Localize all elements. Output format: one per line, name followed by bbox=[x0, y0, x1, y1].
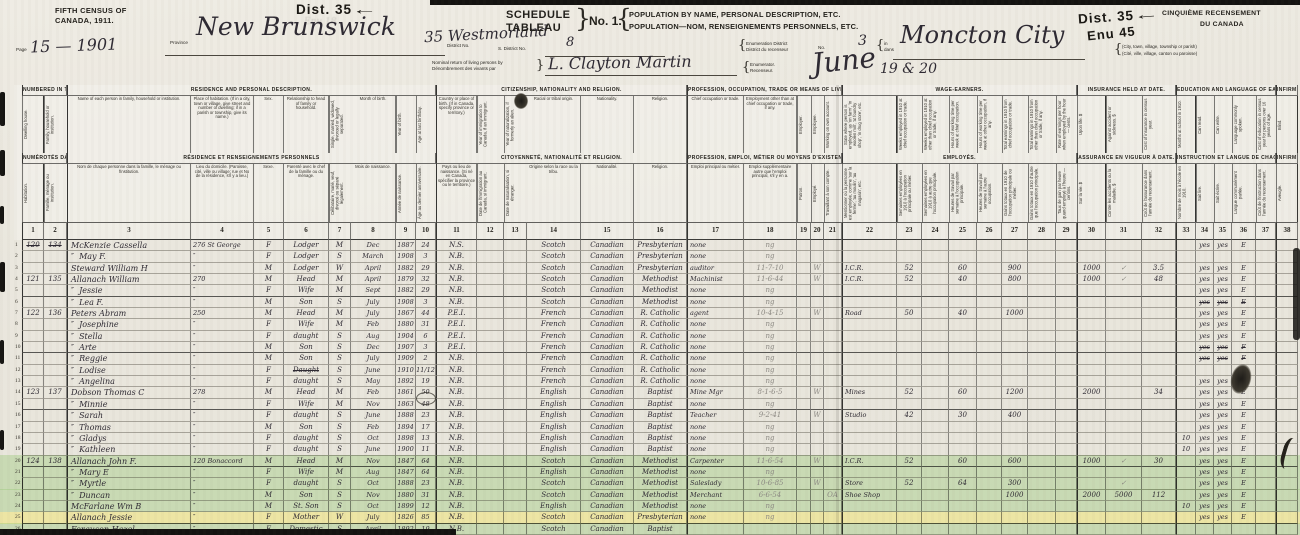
cell-rd: yes bbox=[1196, 240, 1214, 251]
cell-age: 12 bbox=[416, 501, 436, 512]
value-st: W bbox=[336, 513, 343, 521]
value-age: 12 bbox=[421, 502, 429, 510]
value-rd: yes bbox=[1199, 479, 1210, 487]
cell-i1 bbox=[1077, 308, 1106, 319]
value-h1: 60 bbox=[958, 457, 967, 465]
column-label-en: State where person is employed, as 'on f… bbox=[842, 96, 897, 153]
value-addr: 276 St George bbox=[193, 241, 241, 249]
cell-lang: E bbox=[1232, 456, 1256, 467]
cell-c1 bbox=[22, 444, 44, 455]
cell-sex: F bbox=[254, 433, 284, 444]
cell-rel: Head bbox=[284, 456, 329, 467]
value-addr: ″ bbox=[193, 479, 195, 487]
row-number: 2 bbox=[14, 251, 22, 262]
cell-empe bbox=[811, 365, 824, 376]
value-e1: 600 bbox=[1008, 457, 1021, 465]
cell-h1 bbox=[949, 467, 977, 478]
value-relig: Methodist bbox=[642, 468, 678, 476]
cell-pob: N.B. bbox=[436, 501, 477, 512]
column-label-fr: Âge au dernier anniversaire. bbox=[416, 164, 436, 222]
value-natl: Canadian bbox=[590, 343, 624, 351]
value-rd: yes bbox=[1199, 445, 1210, 453]
cell-h2 bbox=[977, 387, 1002, 398]
cell-mo: Oct bbox=[351, 433, 396, 444]
cell-empr bbox=[797, 251, 811, 262]
cell-c2 bbox=[44, 501, 67, 512]
cell-yr: 1861 bbox=[396, 387, 416, 398]
value-lang: E bbox=[1241, 286, 1246, 294]
cell-own bbox=[824, 319, 842, 330]
cell-sch bbox=[1176, 251, 1196, 262]
cell-name: ″ Lodise bbox=[67, 365, 191, 376]
cell-sch: 10 bbox=[1176, 501, 1196, 512]
cell-addr: ″ bbox=[191, 365, 254, 376]
cell-own bbox=[824, 263, 842, 274]
value-sch: 10 bbox=[1182, 434, 1190, 442]
cell-where bbox=[842, 342, 897, 353]
cell-w2 bbox=[922, 331, 949, 342]
cell-empe bbox=[811, 524, 824, 535]
cell-age: 3 bbox=[416, 342, 436, 353]
cell-i2 bbox=[1106, 410, 1142, 421]
cell-relig: R. Catholic bbox=[634, 376, 687, 387]
cell-sch bbox=[1176, 297, 1196, 308]
cell-empe bbox=[811, 251, 824, 262]
value-age: 3 bbox=[423, 298, 427, 306]
value-age: 3 bbox=[423, 343, 427, 351]
cell-h2 bbox=[977, 274, 1002, 285]
cell-e1 bbox=[1002, 524, 1028, 535]
cell-sex: M bbox=[254, 297, 284, 308]
cell-imm bbox=[477, 467, 504, 478]
column-number: 31 bbox=[1106, 222, 1142, 240]
value-age: 11/12 bbox=[416, 366, 435, 374]
value-occ: none bbox=[690, 513, 706, 521]
value-occ: agent bbox=[690, 309, 709, 317]
value-where: I.C.R. bbox=[845, 275, 863, 283]
column-number: 34 bbox=[1196, 222, 1214, 240]
value-pob: N.B. bbox=[449, 400, 464, 408]
cell-natz bbox=[504, 274, 527, 285]
value-w1: 52 bbox=[905, 275, 914, 283]
value-mo: July bbox=[367, 309, 380, 317]
cell-wr: yes bbox=[1214, 444, 1232, 455]
value-orig: Scotch bbox=[541, 298, 565, 306]
section-title-en: WAGE-EARNERS. bbox=[842, 85, 1077, 96]
cell-rate bbox=[1056, 353, 1077, 364]
cell-e1 bbox=[1002, 501, 1028, 512]
cell-occ2: 10-6-85 bbox=[744, 478, 797, 489]
cell-orig: English bbox=[527, 422, 581, 433]
cell-rel: Wife bbox=[284, 399, 329, 410]
value-rel: daught bbox=[294, 377, 319, 385]
value-relig: Baptist bbox=[647, 434, 672, 442]
cell-pob: N.S. bbox=[436, 240, 477, 251]
cell-i2 bbox=[1106, 308, 1142, 319]
cell-sex: M bbox=[254, 263, 284, 274]
value-sex: M bbox=[265, 354, 272, 362]
value-addr: ″ bbox=[193, 264, 195, 272]
cell-wr: yes bbox=[1214, 285, 1232, 296]
value-lang: E bbox=[1241, 241, 1246, 249]
value-addr: 250 bbox=[193, 309, 205, 317]
cell-empe: W bbox=[811, 387, 824, 398]
cell-e2 bbox=[1028, 240, 1056, 251]
cell-e1 bbox=[1002, 376, 1028, 387]
section-title-fr: RÉSIDENCE ET RENSEIGNEMENTS PERSONNELS bbox=[67, 153, 436, 164]
cell-where bbox=[842, 467, 897, 478]
cell-i2 bbox=[1106, 285, 1142, 296]
cell-occ: Machinist bbox=[687, 274, 744, 285]
cell-cost bbox=[1256, 524, 1276, 535]
value-addr: ″ bbox=[193, 502, 195, 510]
cell-sex: M bbox=[254, 353, 284, 364]
value-addr: ″ bbox=[193, 513, 195, 521]
cell-sch bbox=[1176, 240, 1196, 251]
value-st: W bbox=[336, 264, 343, 272]
cell-h2 bbox=[977, 308, 1002, 319]
value-orig: English bbox=[540, 434, 567, 442]
cell-mo: May bbox=[351, 376, 396, 387]
cell-natl: Canadian bbox=[581, 297, 634, 308]
cell-rd: yes bbox=[1196, 274, 1214, 285]
cell-occ: none bbox=[687, 331, 744, 342]
cell-name: McKenzie Cassella bbox=[67, 240, 191, 251]
column-label-en: Racial or tribal origin. bbox=[527, 96, 581, 153]
column-number: 18 bbox=[744, 222, 797, 240]
cell-w2 bbox=[922, 501, 949, 512]
cell-h1 bbox=[949, 319, 977, 330]
cell-w1 bbox=[897, 251, 922, 262]
cell-e1: 400 bbox=[1002, 410, 1028, 421]
section-title-fr: INSTRUCTION ET LANGUE DE CHAQUE PERSONNE… bbox=[1176, 153, 1276, 164]
cell-own bbox=[824, 444, 842, 455]
cell-h2 bbox=[977, 490, 1002, 501]
value-name: Allanach John F. bbox=[71, 457, 136, 466]
cell-inf bbox=[1276, 365, 1298, 376]
cell-i3 bbox=[1142, 240, 1176, 251]
cell-name: ″ Jessie bbox=[67, 285, 191, 296]
cell-empr bbox=[797, 353, 811, 364]
cell-c2 bbox=[44, 251, 67, 262]
value-occ2: ng bbox=[766, 377, 775, 385]
cell-e1 bbox=[1002, 319, 1028, 330]
cell-i2 bbox=[1106, 501, 1142, 512]
value-age: 23 bbox=[421, 479, 429, 487]
cell-sex: M bbox=[254, 387, 284, 398]
cell-natl: Canadian bbox=[581, 478, 634, 489]
cell-e1 bbox=[1002, 353, 1028, 364]
cell-rd: yes bbox=[1196, 422, 1214, 433]
cell-occ: none bbox=[687, 399, 744, 410]
value-rel: Head bbox=[297, 275, 316, 283]
cell-orig: Scotch bbox=[527, 524, 581, 535]
cell-c2 bbox=[44, 331, 67, 342]
row-number: 1 bbox=[14, 240, 22, 251]
cell-occ2: 6-6-54 bbox=[744, 490, 797, 501]
cell-cost bbox=[1256, 444, 1276, 455]
value-pob: N.B. bbox=[449, 434, 464, 442]
cell-empe bbox=[811, 285, 824, 296]
value-mo: Aug bbox=[366, 468, 379, 476]
column-label-en: Employer. bbox=[797, 96, 811, 153]
column-number: 38 bbox=[1276, 222, 1298, 240]
value-relig: Baptist bbox=[647, 400, 672, 408]
cell-imm bbox=[477, 376, 504, 387]
value-natl: Canadian bbox=[590, 423, 624, 431]
cell-where bbox=[842, 433, 897, 444]
cell-mo: April bbox=[351, 263, 396, 274]
cell-sex: M bbox=[254, 501, 284, 512]
cell-where bbox=[842, 365, 897, 376]
value-e1: 1000 bbox=[1006, 491, 1024, 499]
cell-pob: N.B. bbox=[436, 456, 477, 467]
value-wr: yes bbox=[1217, 241, 1228, 249]
value-rd: yes bbox=[1199, 332, 1210, 340]
column-number: 19 bbox=[797, 222, 811, 240]
value-yr: 1880 bbox=[397, 491, 414, 499]
value-empe: W bbox=[813, 275, 820, 283]
cell-w2 bbox=[922, 297, 949, 308]
cell-i2: ✓ bbox=[1106, 263, 1142, 274]
cell-h1 bbox=[949, 365, 977, 376]
value-wr: yes bbox=[1217, 479, 1228, 487]
cell-empr bbox=[797, 433, 811, 444]
cell-st: S bbox=[329, 501, 351, 512]
value-rd: yes bbox=[1199, 377, 1210, 385]
column-number: 1 bbox=[22, 222, 44, 240]
value-orig: Scotch bbox=[541, 457, 565, 465]
cell-c1: 120 bbox=[22, 240, 44, 251]
cell-relig: Methodist bbox=[634, 467, 687, 478]
value-lang: E bbox=[1241, 502, 1246, 510]
date-value: June bbox=[810, 41, 877, 80]
column-label-fr: Nom de chaque personne dans la famille, … bbox=[67, 164, 191, 222]
cell-empe: W bbox=[811, 274, 824, 285]
cell-addr: ″ bbox=[191, 297, 254, 308]
cell-e1: 600 bbox=[1002, 456, 1028, 467]
in-label-fr: dans bbox=[884, 47, 894, 53]
cell-natz bbox=[504, 297, 527, 308]
column-label-fr: Date de l'immigration au Canada, si immi… bbox=[477, 164, 504, 222]
cell-e1 bbox=[1002, 512, 1028, 523]
value-where: Studio bbox=[845, 411, 866, 419]
cell-e2 bbox=[1028, 467, 1056, 478]
cell-empe bbox=[811, 240, 824, 251]
cell-pob: N.B. bbox=[436, 478, 477, 489]
cell-own bbox=[824, 308, 842, 319]
cell-imm bbox=[477, 319, 504, 330]
enum-district-label-en: Enumeration District bbox=[746, 41, 788, 47]
cell-rd: yes bbox=[1196, 467, 1214, 478]
column-number: 35 bbox=[1214, 222, 1232, 240]
cell-imm bbox=[477, 478, 504, 489]
cell-sex: F bbox=[254, 410, 284, 421]
cell-h1: 60 bbox=[949, 456, 977, 467]
value-pob: N.B. bbox=[449, 354, 464, 362]
cell-imm bbox=[477, 251, 504, 262]
cell-i2 bbox=[1106, 297, 1142, 308]
cell-i3 bbox=[1142, 342, 1176, 353]
cell-c2 bbox=[44, 353, 67, 364]
cell-relig: R. Catholic bbox=[634, 319, 687, 330]
column-label-en: Employment other than at chief occupatio… bbox=[744, 96, 797, 153]
cell-age: 29 bbox=[416, 263, 436, 274]
column-number: 25 bbox=[949, 222, 977, 240]
column-number: 13 bbox=[504, 222, 527, 240]
cell-e1 bbox=[1002, 444, 1028, 455]
cell-pob: N.B. bbox=[436, 410, 477, 421]
cell-mo: Dec bbox=[351, 240, 396, 251]
value-name: ″ Reggie bbox=[71, 354, 107, 363]
value-rel: daught bbox=[294, 411, 319, 419]
cell-st: S bbox=[329, 365, 351, 376]
value-occ: none bbox=[690, 252, 706, 260]
cell-addr: 120 Bonaccord bbox=[191, 456, 254, 467]
cell-addr: ″ bbox=[191, 512, 254, 523]
cell-occ bbox=[687, 524, 744, 535]
value-relig: Methodist bbox=[642, 298, 678, 306]
value-rd: yes bbox=[1199, 491, 1210, 499]
cell-addr: ″ bbox=[191, 285, 254, 296]
cell-e1 bbox=[1002, 297, 1028, 308]
column-label-fr: Gains totaux en 1910 d'autre que l'occup… bbox=[1028, 164, 1056, 222]
value-h1: 60 bbox=[958, 264, 967, 272]
cell-e1 bbox=[1002, 467, 1028, 478]
cell-addr: ″ bbox=[191, 467, 254, 478]
cell-rate bbox=[1056, 387, 1077, 398]
cell-e2 bbox=[1028, 512, 1056, 523]
value-addr: ″ bbox=[193, 491, 195, 499]
value-i3: 3.5 bbox=[1153, 264, 1164, 272]
cell-cost bbox=[1256, 274, 1276, 285]
cell-e2 bbox=[1028, 297, 1056, 308]
column-number: 5 bbox=[254, 222, 284, 240]
cell-c1 bbox=[22, 263, 44, 274]
cell-st: S bbox=[329, 251, 351, 262]
cell-yr: 1910 bbox=[396, 365, 416, 376]
cell-yr: 1880 bbox=[396, 319, 416, 330]
cell-relig: Baptist bbox=[634, 524, 687, 535]
cell-pob: P.E.I. bbox=[436, 308, 477, 319]
column-label-en: Relationship to head of family or househ… bbox=[284, 96, 329, 153]
cell-yr: 1908 bbox=[396, 251, 416, 262]
cell-own bbox=[824, 501, 842, 512]
cell-c1 bbox=[22, 353, 44, 364]
value-natl: Canadian bbox=[590, 377, 624, 385]
value-yr: 1826 bbox=[397, 513, 414, 521]
enum-district-label-fr: District du recenseur bbox=[746, 47, 788, 53]
cell-occ2: ng bbox=[744, 240, 797, 251]
cell-relig: Baptist bbox=[634, 444, 687, 455]
column-label-fr: Aveugle. bbox=[1276, 164, 1298, 222]
cell-st: S bbox=[329, 331, 351, 342]
cell-w1: 52 bbox=[897, 387, 922, 398]
cell-rel: Lodger bbox=[284, 251, 329, 262]
cell-name: ″ May F. bbox=[67, 251, 191, 262]
cell-where: I.C.R. bbox=[842, 274, 897, 285]
cell-empr bbox=[797, 387, 811, 398]
cell-rd: yes bbox=[1196, 331, 1214, 342]
cell-w2 bbox=[922, 467, 949, 478]
value-name: ″ Stella bbox=[71, 332, 102, 341]
section-title-en: CITIZENSHIP, NATIONALITY AND RELIGION. bbox=[436, 85, 687, 96]
value-addr: ″ bbox=[193, 298, 195, 306]
cell-age: 6 bbox=[416, 331, 436, 342]
cell-occ: none bbox=[687, 297, 744, 308]
cell-cost bbox=[1256, 399, 1276, 410]
cell-i3 bbox=[1142, 478, 1176, 489]
cell-occ: none bbox=[687, 433, 744, 444]
cell-h1 bbox=[949, 251, 977, 262]
value-age: 32 bbox=[421, 275, 429, 283]
value-name: McKenzie Cassella bbox=[71, 241, 147, 250]
value-yr: 1899 bbox=[397, 502, 414, 510]
cell-sch bbox=[1176, 387, 1196, 398]
cell-i2: ✓ bbox=[1106, 274, 1142, 285]
value-i1: 2000 bbox=[1083, 388, 1101, 396]
cell-age: 13 bbox=[416, 433, 436, 444]
column-number: 12 bbox=[477, 222, 504, 240]
cell-pob: P.E.I. bbox=[436, 342, 477, 353]
cell-e2 bbox=[1028, 410, 1056, 421]
cell-mo: June bbox=[351, 365, 396, 376]
value-pob: N.B. bbox=[449, 411, 464, 419]
value-where: Mines bbox=[845, 388, 865, 396]
column-label-fr: Pays ou lieu de naissance. (Si né en Can… bbox=[436, 164, 477, 222]
cell-mo: Feb bbox=[351, 319, 396, 330]
value-i3: 48 bbox=[1154, 275, 1163, 283]
value-empe: W bbox=[813, 264, 820, 272]
cell-i2 bbox=[1106, 240, 1142, 251]
cell-c2 bbox=[44, 433, 67, 444]
value-occ: none bbox=[690, 445, 706, 453]
value-occ: Saleslady bbox=[690, 479, 721, 487]
cell-occ: none bbox=[687, 342, 744, 353]
cell-c2 bbox=[44, 297, 67, 308]
value-occ2: 9-2-41 bbox=[759, 411, 782, 419]
value-lang: E bbox=[1241, 275, 1246, 283]
cell-e1 bbox=[1002, 331, 1028, 342]
cell-natl: Canadian bbox=[581, 263, 634, 274]
value-st: M bbox=[336, 286, 343, 294]
value-wr: yes bbox=[1217, 275, 1228, 283]
cell-occ2: ng bbox=[744, 342, 797, 353]
column-label-fr: Coût de l'assurance dans l'année du rece… bbox=[1142, 164, 1176, 222]
cell-relig: Presbyterian bbox=[634, 240, 687, 251]
cell-st: S bbox=[329, 478, 351, 489]
cell-st: M bbox=[329, 319, 351, 330]
value-yr: 1904 bbox=[397, 332, 414, 340]
cell-pob: N.B. bbox=[436, 251, 477, 262]
value-relig: Methodist bbox=[642, 286, 678, 294]
cell-e1: 800 bbox=[1002, 274, 1028, 285]
cell-i2 bbox=[1106, 433, 1142, 444]
cell-e2 bbox=[1028, 433, 1056, 444]
cell-wr: yes bbox=[1214, 433, 1232, 444]
value-mo: June bbox=[366, 445, 381, 453]
cell-natz bbox=[504, 512, 527, 523]
cell-orig: English bbox=[527, 433, 581, 444]
cell-imm bbox=[477, 524, 504, 535]
value-wr: yes bbox=[1217, 343, 1228, 351]
nominal-label-fr: Dénombrement des vivants par bbox=[432, 66, 503, 72]
cell-occ2: ng bbox=[744, 501, 797, 512]
value-name: ″ May F. bbox=[71, 252, 106, 261]
cell-age: 11/12 bbox=[416, 365, 436, 376]
cell-lang: F bbox=[1232, 342, 1256, 353]
value-st: S bbox=[337, 491, 342, 499]
